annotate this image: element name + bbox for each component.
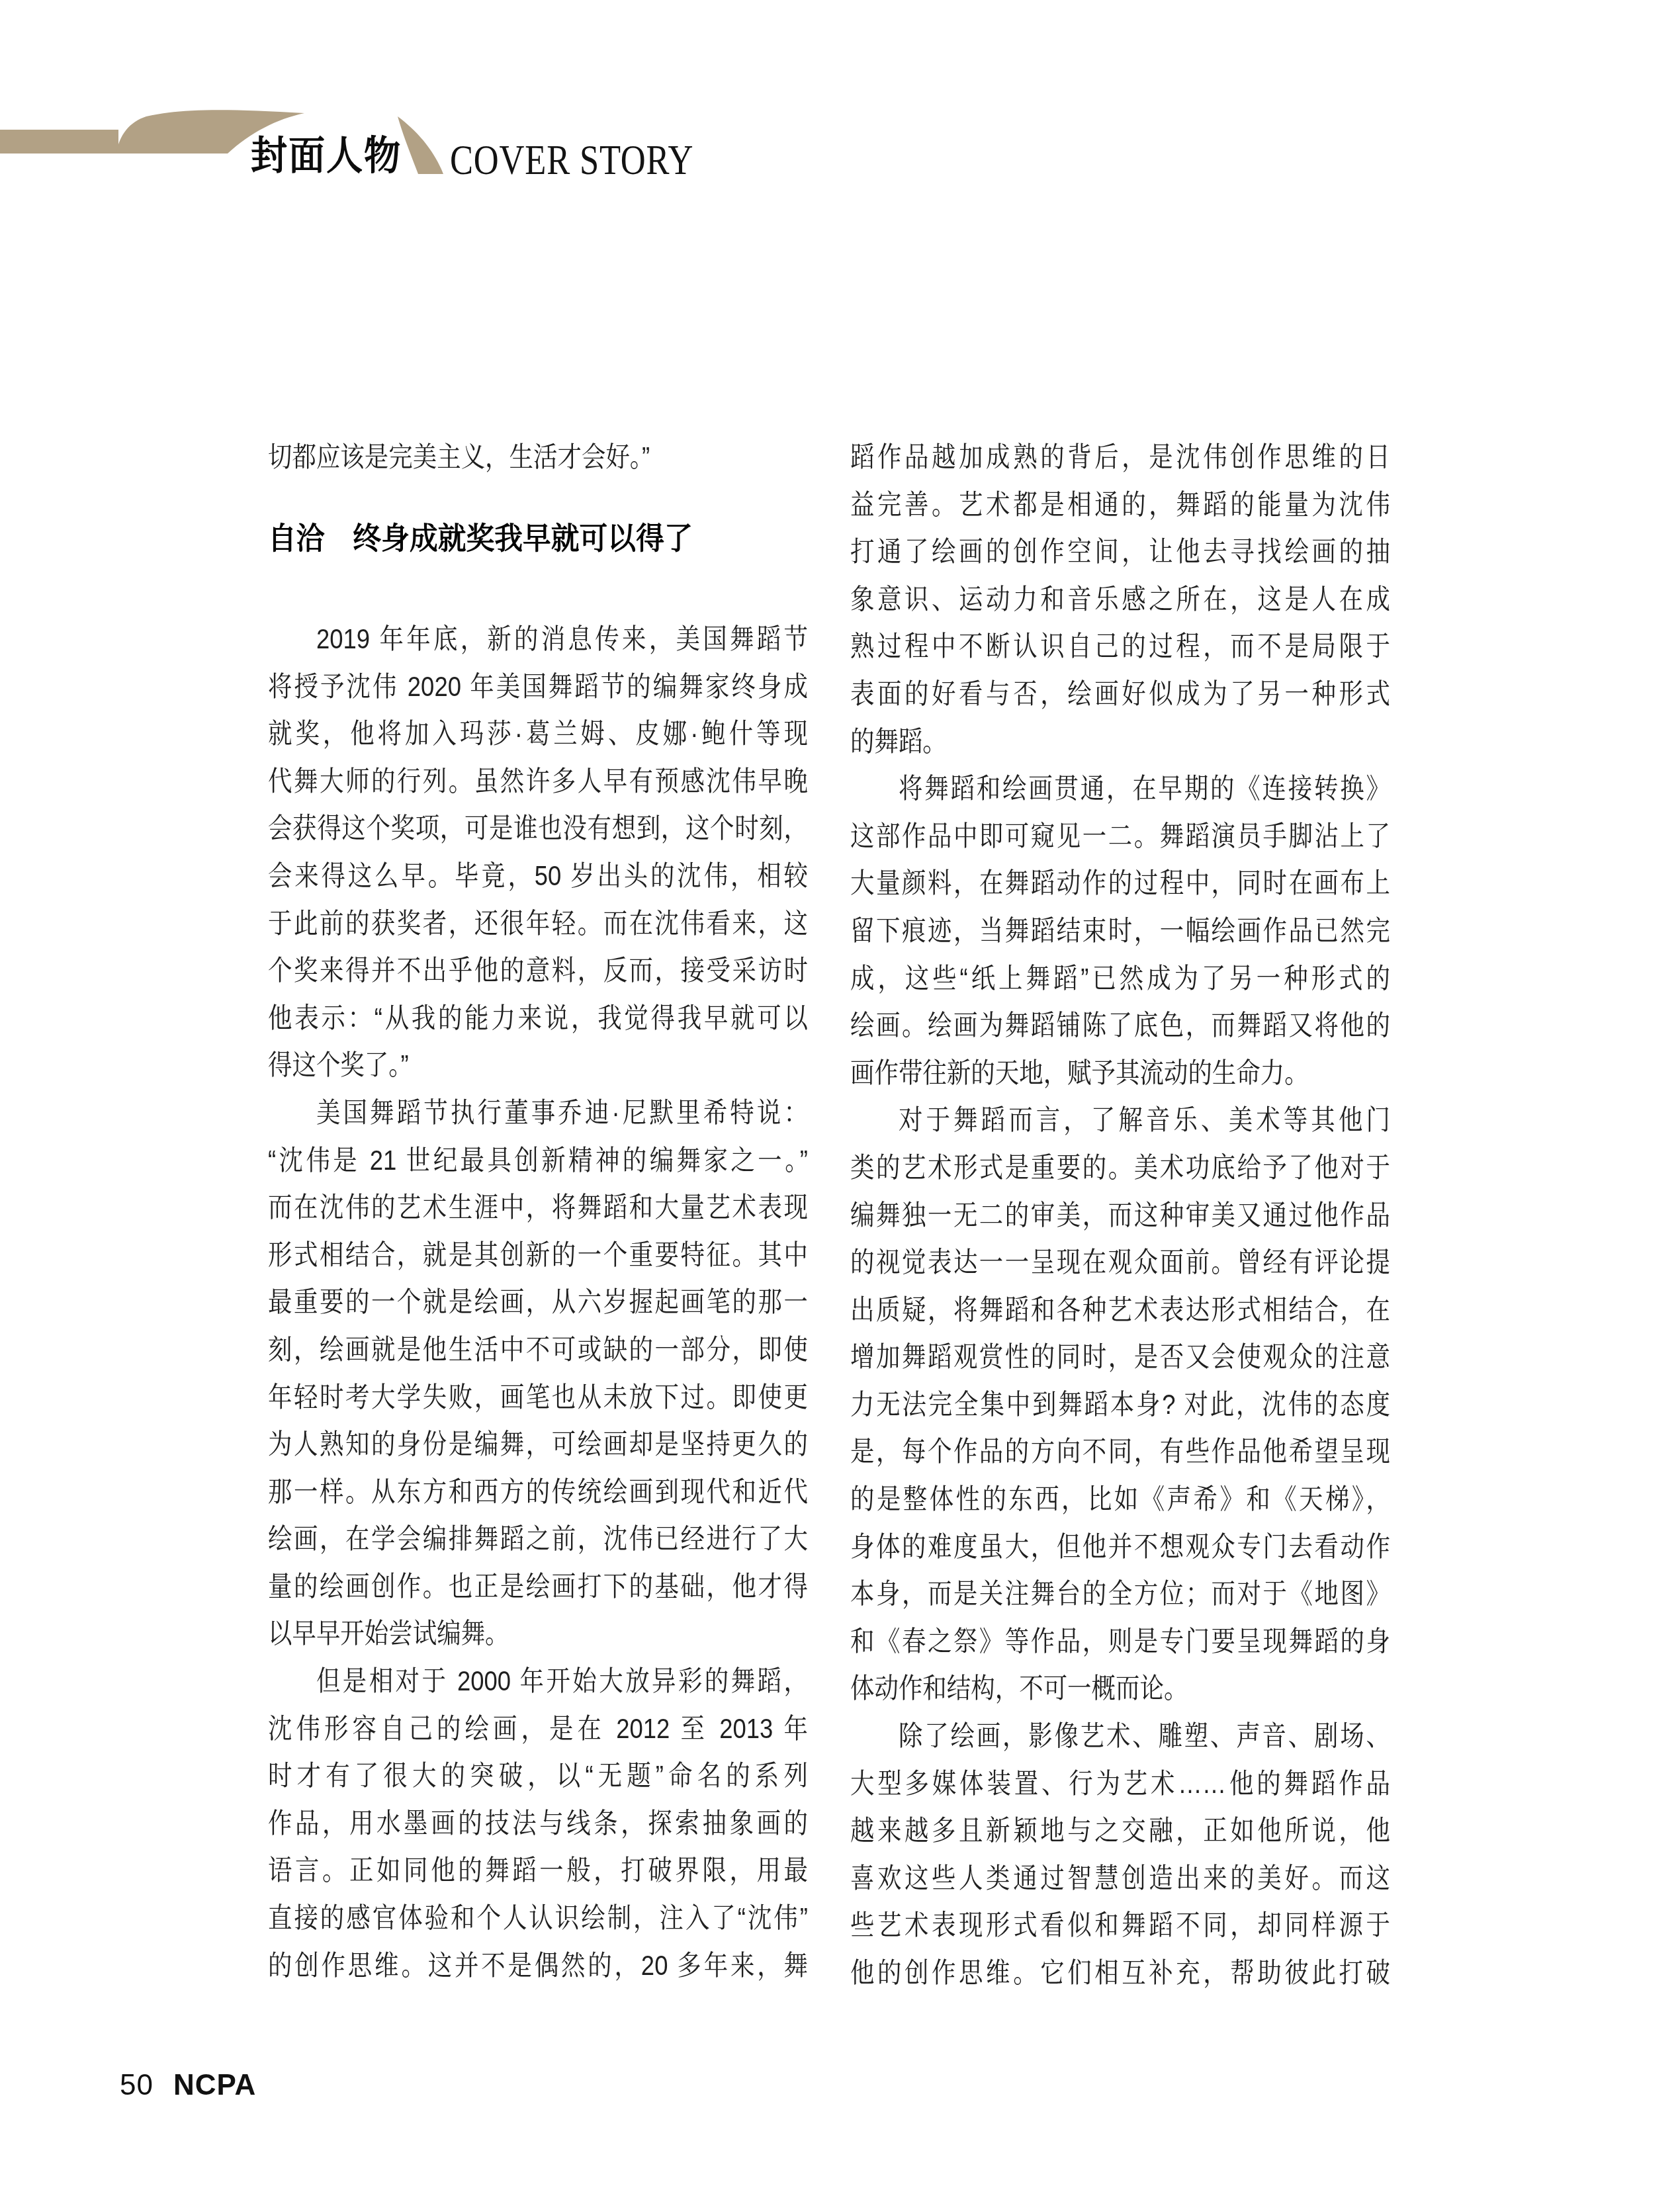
text-line: 沈伟形容自己的绘画，是在 2012 至 2013 年 <box>268 1705 808 1753</box>
text-line: 对于舞蹈而言，了解音乐、美术等其他门 <box>850 1096 1390 1144</box>
text-line: 直接的感官体验和个人认识绘制，注入了“沈伟” <box>268 1894 808 1942</box>
text-line: 象意识、运动力和音乐感之所在，这是人在成 <box>850 576 1390 623</box>
text-line: 的是整体性的东西，比如《声希》和《天梯》， <box>850 1475 1390 1523</box>
section-title-english: COVER STORY <box>450 136 693 184</box>
text-line: 蹈作品越加成熟的背后，是沈伟创作思维的日 <box>850 433 1390 481</box>
text-line: 除了绘画，影像艺术、雕塑、声音、剧场、 <box>850 1712 1390 1760</box>
page-footer: 50NCPA <box>120 2067 256 2104</box>
text-line: 这部作品中即可窥见一二。舞蹈演员手脚沾上了 <box>850 812 1390 860</box>
text-line: 编舞独一无二的审美，而这种审美又通过他作品 <box>850 1192 1390 1239</box>
text-line: 大型多媒体装置、行为艺术……他的舞蹈作品 <box>850 1760 1390 1808</box>
section-title-chinese: 封面人物 <box>251 132 402 180</box>
text-line: 越来越多且新颖地与之交融，正如他所说，他 <box>850 1807 1390 1855</box>
text-line: 力无法完全集中到舞蹈本身? 对此，沈伟的态度 <box>850 1381 1390 1428</box>
text-line: 画作带往新的天地，赋予其流动的生命力。 <box>850 1049 1390 1097</box>
text-line: 大量颜料，在舞蹈动作的过程中，同时在画布上 <box>850 859 1390 907</box>
text-line: 会来得这么早。毕竟，50 岁出头的沈伟，相较 <box>268 852 808 900</box>
text-line: 那一样。从东方和西方的传统绘画到现代和近代 <box>268 1468 808 1516</box>
text-line: 但是相对于 2000 年开始大放异彩的舞蹈， <box>268 1657 808 1705</box>
text-line: 的创作思维。这并不是偶然的，20 多年来，舞 <box>268 1942 808 1990</box>
text-line: 会获得这个奖项，可是谁也没有想到，这个时刻， <box>268 805 808 852</box>
text-line: 而在沈伟的艺术生涯中，将舞蹈和大量艺术表现 <box>268 1184 808 1231</box>
text-line: 将舞蹈和绘画贯通，在早期的《连接转换》 <box>850 765 1390 812</box>
header-bar-shape <box>0 130 118 153</box>
text-line: 2019 年年底，新的消息传来，美国舞蹈节 <box>268 615 808 663</box>
text-line: 得这个奖了。” <box>268 1041 808 1089</box>
text-line: 绘画，在学会编排舞蹈之前，沈伟已经进行了大 <box>268 1515 808 1563</box>
text-line: 出质疑，将舞蹈和各种艺术表达形式相结合，在 <box>850 1286 1390 1334</box>
text-line: 喜欢这些人类通过智慧创造出来的美好。而这 <box>850 1855 1390 1902</box>
text-line: 量的绘画创作。也正是绘画打下的基础，他才得 <box>268 1563 808 1610</box>
text-line: 于此前的获奖者，还很年轻。而在沈伟看来，这 <box>268 900 808 947</box>
text-line: 最重要的一个就是绘画，从六岁握起画笔的那一 <box>268 1278 808 1326</box>
text-line: 年轻时考大学失败，画笔也从未放下过。即使更 <box>268 1374 808 1421</box>
text-line: 体动作和结构，不可一概而论。 <box>850 1665 1390 1712</box>
text-column-left: 2019 年年底，新的消息传来，美国舞蹈节将授予沈伟 2020 年美国舞蹈节的编… <box>268 615 808 1989</box>
text-line: 益完善。艺术都是相通的，舞蹈的能量为沈伟 <box>850 481 1390 529</box>
header-crescent-shape <box>398 116 443 174</box>
text-line: 个奖来得并不出乎他的意料，反而，接受采访时 <box>268 947 808 994</box>
magazine-page: { "header": { "section_title_zh": "封面人物"… <box>0 0 1680 2188</box>
text-line: 表面的好看与否，绘画好似成为了另一种形式 <box>850 670 1390 718</box>
text-column-right: 蹈作品越加成熟的背后，是沈伟创作思维的日益完善。艺术都是相通的，舞蹈的能量为沈伟… <box>850 433 1390 1997</box>
text-line: 他表示：“从我的能力来说，我觉得我早就可以 <box>268 994 808 1042</box>
brand-logo-text: NCPA <box>173 2069 256 2101</box>
text-line: 增加舞蹈观赏性的同时，是否又会使观众的注意 <box>850 1333 1390 1381</box>
text-line: 熟过程中不断认识自己的过程，而不是局限于 <box>850 623 1390 670</box>
text-line: 的舞蹈。 <box>850 718 1390 766</box>
text-line: 将授予沈伟 2020 年美国舞蹈节的编舞家终身成 <box>268 663 808 711</box>
text-line: “沈伟是 21 世纪最具创新精神的编舞家之一。” <box>268 1137 808 1184</box>
text-line: 为人熟知的身份是编舞，可绘画却是坚持更久的 <box>268 1421 808 1468</box>
text-line: 美国舞蹈节执行董事乔迪·尼默里希特说： <box>268 1089 808 1137</box>
text-line: 的视觉表达一一呈现在观众面前。曾经有评论提 <box>850 1239 1390 1286</box>
text-line: 些艺术表现形式看似和舞蹈不同，却同样源于 <box>850 1902 1390 1949</box>
text-line: 打通了绘画的创作空间，让他去寻找绘画的抽 <box>850 528 1390 576</box>
page-number: 50 <box>120 2069 154 2101</box>
text-line: 刻，绘画就是他生活中不可或缺的一部分，即使 <box>268 1326 808 1374</box>
text-line: 以早早开始尝试编舞。 <box>268 1610 808 1657</box>
lead-paragraph-line: 切都应该是完美主义，生活才会好。” <box>268 433 808 481</box>
text-line: 和《春之祭》等作品，则是专门要呈现舞蹈的身 <box>850 1618 1390 1665</box>
article-subheading: 自洽 终身成就奖我早就可以得了 <box>268 515 846 562</box>
text-line: 本身，而是关注舞台的全方位；而对于《地图》 <box>850 1570 1390 1618</box>
text-line: 形式相结合，就是其创新的一个重要特征。其中 <box>268 1231 808 1279</box>
text-line: 代舞大师的行列。虽然许多人早有预感沈伟早晚 <box>268 758 808 805</box>
text-line: 留下痕迹，当舞蹈结束时，一幅绘画作品已然完 <box>850 907 1390 955</box>
text-line: 类的艺术形式是重要的。美术功底给予了他对于 <box>850 1144 1390 1192</box>
text-line: 成，这些“纸上舞蹈”已然成为了另一种形式的 <box>850 955 1390 1002</box>
text-line: 身体的难度虽大，但他并不想观众专门去看动作 <box>850 1523 1390 1571</box>
text-line: 绘画。绘画为舞蹈铺陈了底色，而舞蹈又将他的 <box>850 1002 1390 1049</box>
text-line: 语言。正如同他的舞蹈一般，打破界限，用最 <box>268 1847 808 1894</box>
text-line: 是，每个作品的方向不同，有些作品他希望呈现 <box>850 1428 1390 1475</box>
text-line: 他的创作思维。它们相互补充，帮助彼此打破 <box>850 1949 1390 1997</box>
text-line: 作品，用水墨画的技法与线条，探索抽象画的 <box>268 1800 808 1847</box>
text-line: 就奖，他将加入玛莎·葛兰姆、皮娜·鲍什等现 <box>268 710 808 758</box>
text-line: 时才有了很大的突破，以“无题”命名的系列 <box>268 1752 808 1800</box>
